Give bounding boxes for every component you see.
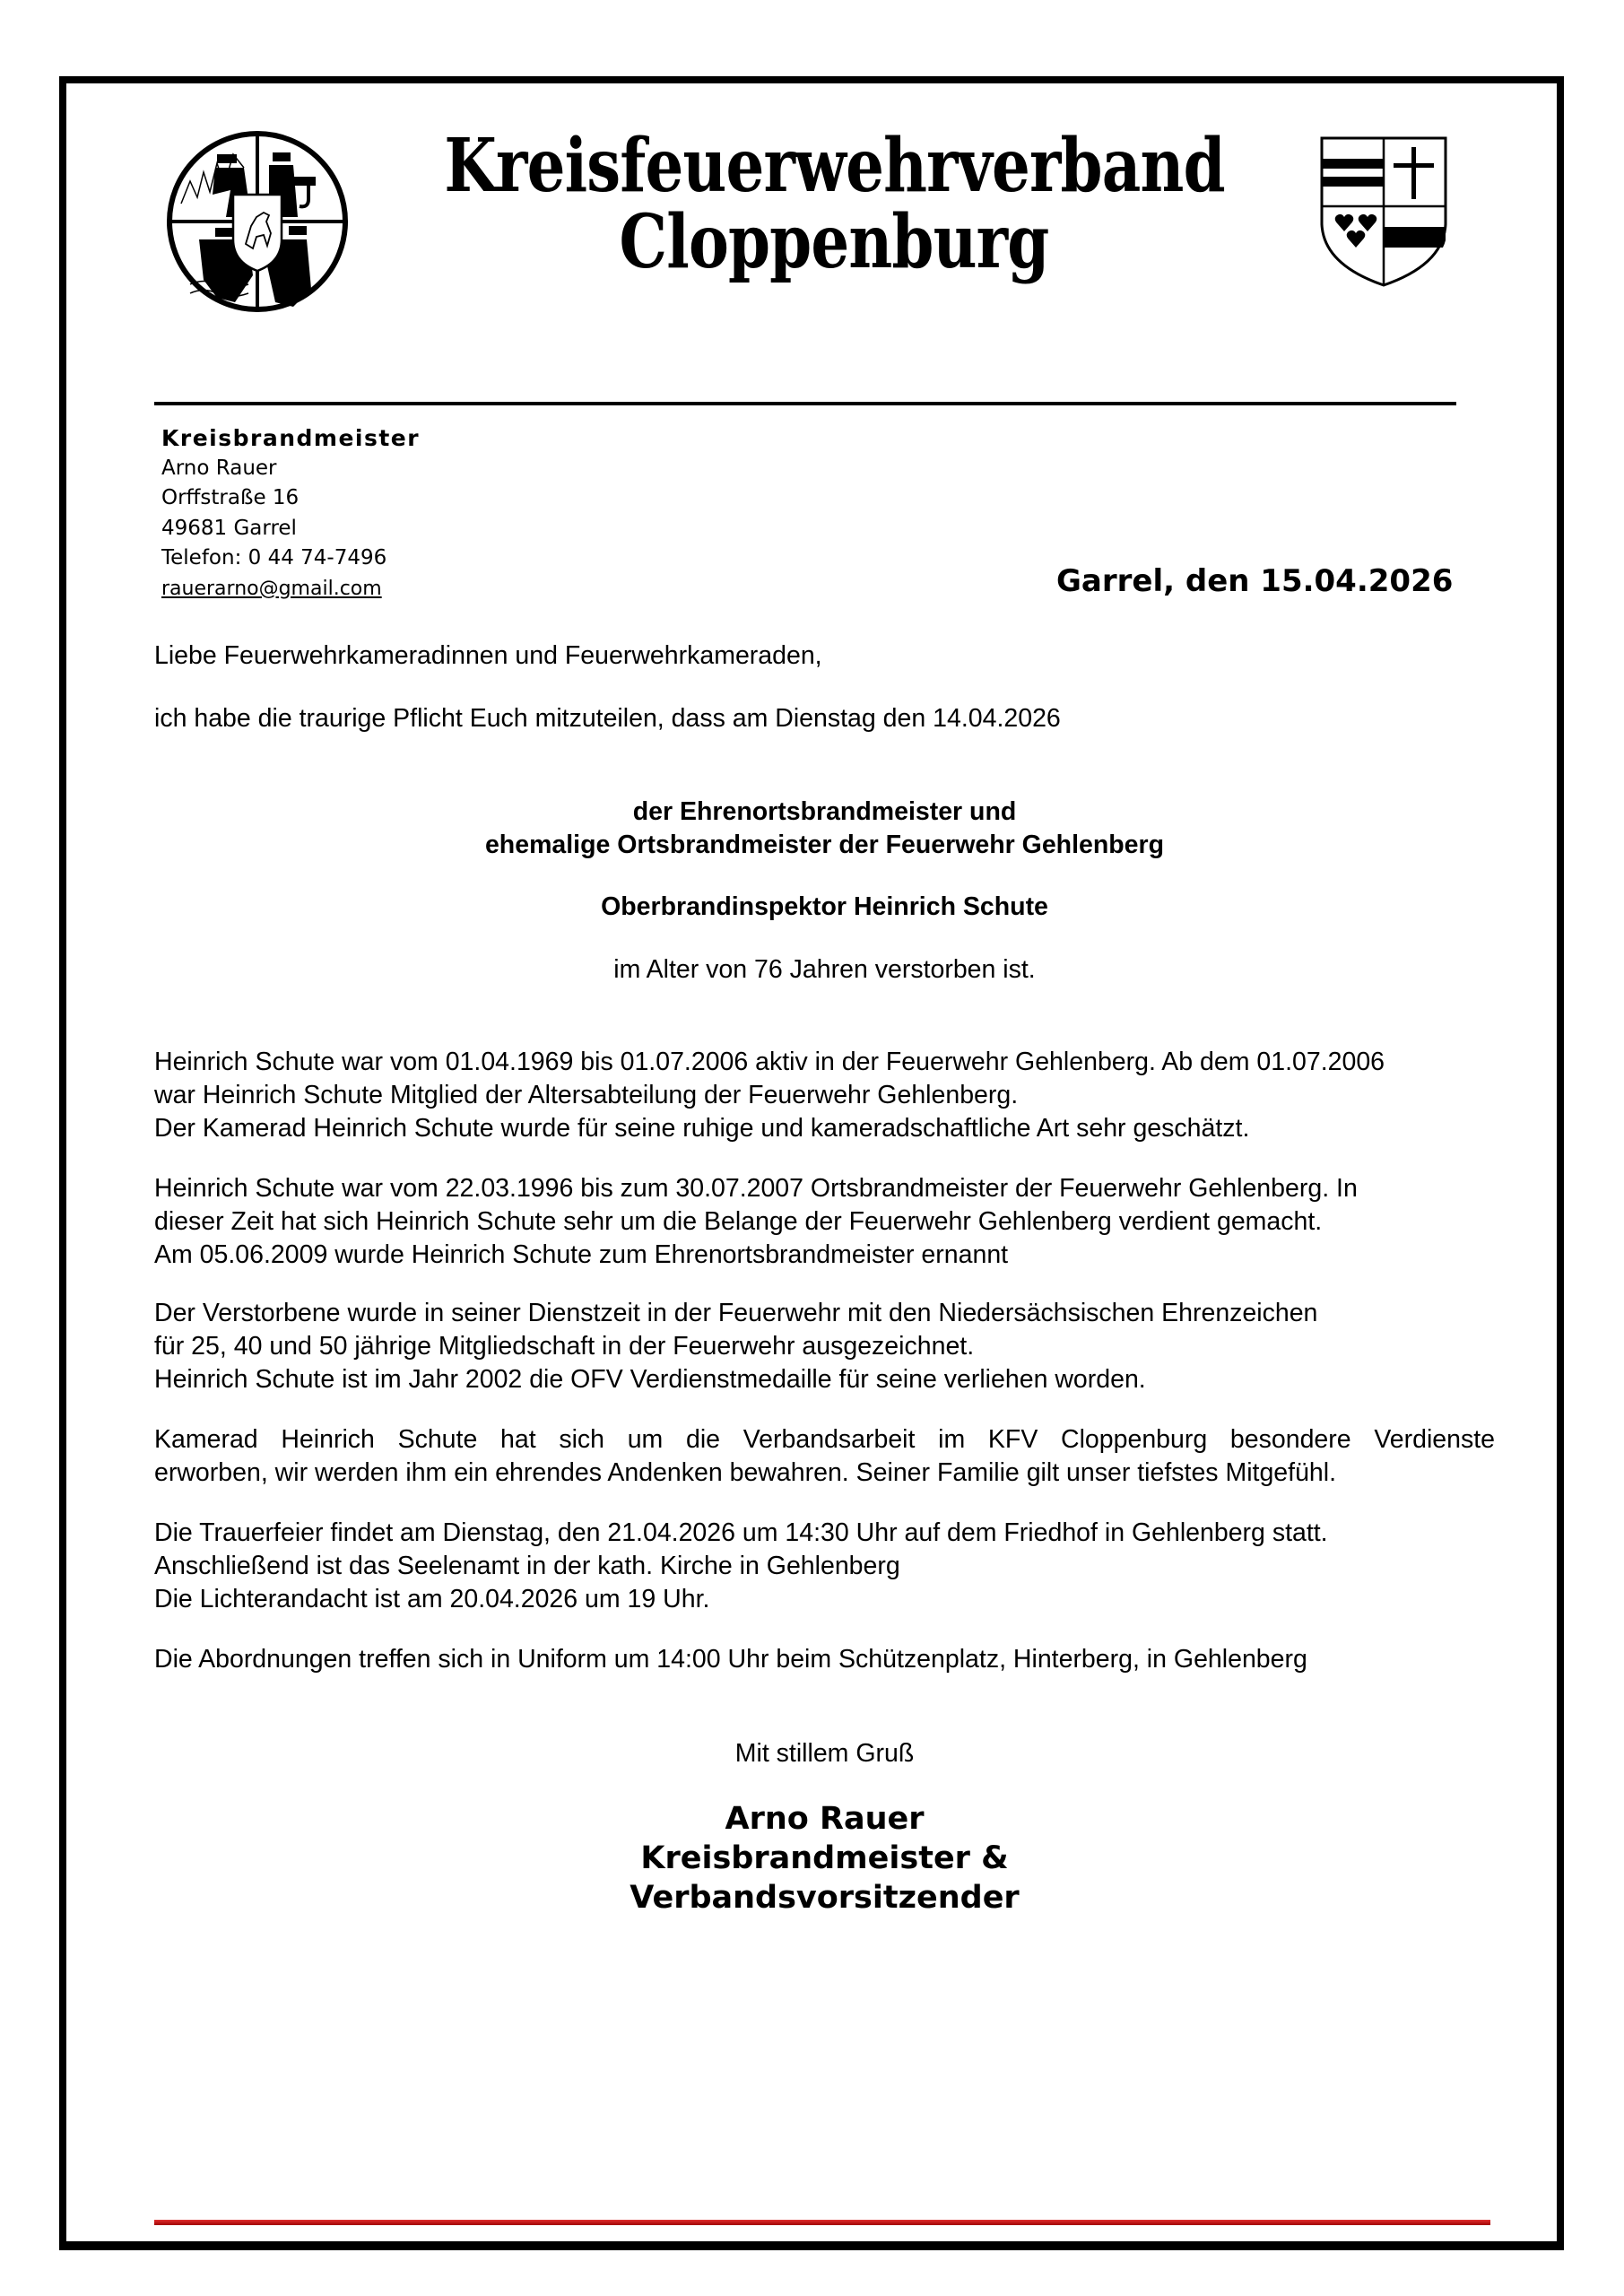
signature-title1: Kreisbrandmeister &: [154, 1839, 1495, 1878]
intro-text: ich habe die traurige Pflicht Euch mitzu…: [154, 702, 1495, 735]
sender-city: 49681 Garrel: [161, 514, 420, 544]
announcement-line1: der Ehrenortsbrandmeister und: [154, 796, 1495, 829]
paragraph-line: dieser Zeit hat sich Heinrich Schute seh…: [154, 1205, 1495, 1239]
paragraph-line: Kamerad Heinrich Schute hat sich um die …: [154, 1423, 1495, 1457]
paragraph-tribute: Kamerad Heinrich Schute hat sich um die …: [154, 1423, 1495, 1490]
paragraph-line: Der Verstorbene wurde in seiner Dienstze…: [154, 1297, 1495, 1330]
paragraph-delegations: Die Abordnungen treffen sich in Uniform …: [154, 1643, 1495, 1676]
closing-greeting: Mit stillem Gruß: [154, 1737, 1495, 1770]
signature-title2: Verbandsvorsitzender: [154, 1878, 1495, 1918]
paragraph-line: Heinrich Schute ist im Jahr 2002 die OFV…: [154, 1363, 1495, 1396]
signature-name: Arno Rauer: [154, 1799, 1495, 1839]
paragraph-line: Die Abordnungen treffen sich in Uniform …: [154, 1643, 1495, 1676]
sender-phone: Telefon: 0 44 74-7496: [161, 544, 420, 574]
sender-street: Orffstraße 16: [161, 483, 420, 514]
age-line: im Alter von 76 Jahren verstorben ist.: [154, 953, 1495, 987]
organization-title-line2: Cloppenburg: [444, 202, 1223, 283]
paragraph-funeral-details: Die Trauerfeier findet am Dienstag, den …: [154, 1517, 1495, 1616]
paragraph-service-history: Heinrich Schute war vom 01.04.1969 bis 0…: [154, 1046, 1495, 1145]
paragraph-line: war Heinrich Schute Mitglied der Altersa…: [154, 1079, 1495, 1112]
district-coat-of-arms-icon: [1318, 135, 1449, 289]
paragraph-line: Der Kamerad Heinrich Schute wurde für se…: [154, 1112, 1495, 1145]
paragraph-line: Die Lichterandacht ist am 20.04.2026 um …: [154, 1583, 1495, 1616]
sender-role: Kreisbrandmeister: [161, 423, 420, 454]
footer-divider: [154, 2220, 1490, 2225]
paragraph-honors: Der Verstorbene wurde in seiner Dienstze…: [154, 1297, 1495, 1396]
header-divider: [154, 402, 1456, 405]
deceased-name: Oberbrandinspektor Heinrich Schute: [154, 891, 1495, 924]
paragraph-line: Heinrich Schute war vom 01.04.1969 bis 0…: [154, 1046, 1495, 1079]
paragraph-leadership: Heinrich Schute war vom 22.03.1996 bis z…: [154, 1172, 1495, 1272]
salutation: Liebe Feuerwehrkameradinnen und Feuerweh…: [154, 639, 1495, 673]
paragraph-line: erworben, wir werden ihm ein ehrendes An…: [154, 1457, 1495, 1490]
sender-name: Arno Rauer: [161, 454, 420, 484]
paragraph-line: Heinrich Schute war vom 22.03.1996 bis z…: [154, 1172, 1495, 1205]
organization-title-line1: Kreisfeuerwehrverband: [444, 126, 1223, 206]
date-line: Garrel, den 15.04.2026: [1056, 563, 1453, 599]
paragraph-line: für 25, 40 und 50 jährige Mitgliedschaft…: [154, 1330, 1495, 1363]
sender-email-link[interactable]: rauerarno@gmail.com: [161, 574, 420, 604]
paragraph-line: Die Trauerfeier findet am Dienstag, den …: [154, 1517, 1495, 1550]
announcement-line2: ehemalige Ortsbrandmeister der Feuerwehr…: [154, 829, 1495, 862]
sender-block: Kreisbrandmeister Arno Rauer Orffstraße …: [161, 423, 420, 604]
paragraph-line: Anschließend ist das Seelenamt in der ka…: [154, 1550, 1495, 1583]
paragraph-line: Am 05.06.2009 wurde Heinrich Schute zum …: [154, 1239, 1495, 1272]
fire-brigade-emblem-icon: [163, 127, 352, 316]
